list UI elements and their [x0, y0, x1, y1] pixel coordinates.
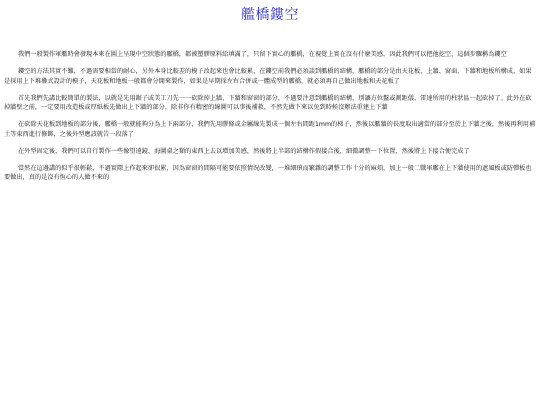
paragraph-5: 在外型固定後，我們可以自行製作一些像望遠鏡、海圖桌之類的東西上去以增加美感，然後…: [4, 147, 536, 157]
paragraph-4: 在砍除天花板到地板的部分後，艦橋一般就能夠分為上下兩部分，我們先用膠條或金屬線先…: [4, 120, 536, 139]
article-page: 艦橋鏤空 我們一般製作軍艦時會發現本來在圖上呈現中空狀態的艦橋，都被塑膠原料給填…: [0, 6, 540, 183]
page-title: 艦橋鏤空: [4, 6, 536, 24]
article-body: 我們一般製作軍艦時會發現本來在圖上呈現中空狀態的艦橋，都被塑膠原料給填滿了，只留…: [4, 50, 536, 183]
paragraph-2: 鏤空的方法其實不難，不過需要相當的耐心，另外本身比較差的模子改起來也會比較累，在…: [4, 67, 536, 86]
paragraph-6: 當然在這邊講的似乎很輕鬆，不過實際上作起來卻很累，因為窗窗的間隔可能要依照情況改…: [4, 164, 536, 183]
paragraph-3: 首先我們先講比較簡單的製法，以就是先用鋸子或美工刀先一一砍除掉上牆、下牆和窗窗的…: [4, 94, 536, 113]
paragraph-1: 我們一般製作軍艦時會發現本來在圖上呈現中空狀態的艦橋，都被塑膠原料給填滿了，只留…: [4, 50, 536, 60]
